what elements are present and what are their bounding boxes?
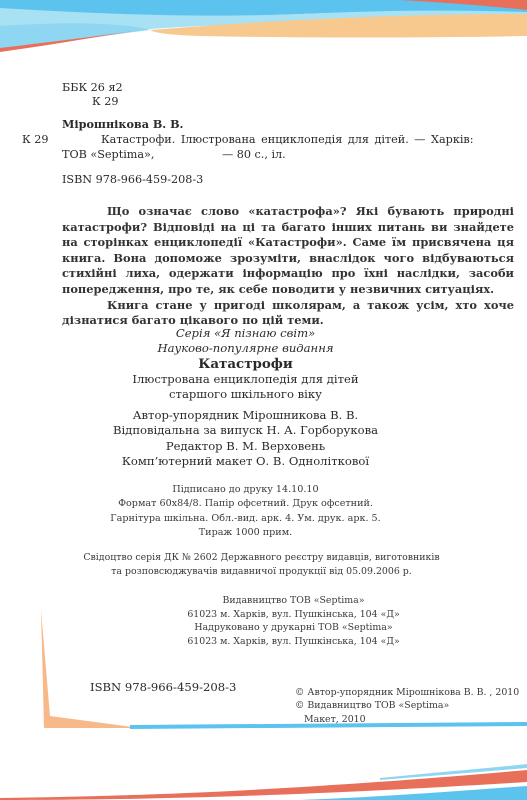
- certificate-line-2: та розповсюджувачів видавничої продукції…: [0, 565, 525, 579]
- copyright-author: © Автор-упорядник Мірошнікова В. В. , 20…: [295, 686, 519, 699]
- footer-isbn: ISBN 978-966-459-208-3: [90, 680, 236, 695]
- publisher-name: Видавництво ТОВ «Septima»: [30, 594, 527, 608]
- catalog-title-line: Катастрофи. Ілюстрована енциклопедія для…: [101, 132, 474, 147]
- annotation-paragraph-1: Що означає слово «катастрофа»? Які буваю…: [62, 204, 514, 298]
- certificate-line-1: Свідоцтво серія ДК № 2602 Державного реє…: [0, 551, 525, 565]
- print-typeface: Гарнітура шкільна. Обл.-вид. арк. 4. Ум.…: [0, 512, 509, 526]
- catalog-publisher-line: ТОВ «Septima»,: [62, 147, 154, 162]
- credits-block: Автор-упорядник Мірошникова В. В. Відпов…: [0, 408, 509, 469]
- printer-name: Надруковано у друкарні ТОВ «Septima»: [30, 621, 527, 635]
- credit-compiler: Автор-упорядник Мірошникова В. В.: [0, 408, 509, 423]
- copyright-publisher: © Видавництво ТОВ «Septima»: [295, 699, 519, 712]
- bbk-sub: К 29: [92, 94, 118, 109]
- annotation-paragraph-2: Книга стане у пригоді школярам, а також …: [62, 298, 514, 329]
- catalog-isbn: ISBN 978-966-459-208-3: [62, 172, 203, 187]
- copyright-block: © Автор-упорядник Мірошнікова В. В. , 20…: [295, 686, 519, 726]
- edition-block: Серія «Я пізнаю світ» Науково-популярне …: [0, 326, 509, 402]
- copyright-layout: Макет, 2010: [295, 713, 519, 726]
- publisher-address: 61023 м. Харків, вул. Пушкінська, 104 «Д…: [30, 608, 527, 622]
- print-info-block: Підписано до друку 14.10.10 Формат 60х84…: [0, 483, 509, 541]
- catalog-pages: — 80 с., іл.: [222, 147, 286, 162]
- book-subtitle-1: Ілюстрована енциклопедія для дітей: [0, 372, 509, 387]
- bbk-code: ББК 26 я2: [62, 80, 123, 95]
- credit-responsible: Відповідальна за випуск Н. А. Горборуков…: [0, 423, 509, 438]
- credit-layout: Комп’ютерний макет О. В. Одноліткової: [0, 454, 509, 469]
- annotation: Що означає слово «катастрофа»? Які буваю…: [62, 204, 514, 329]
- print-signed: Підписано до друку 14.10.10: [0, 483, 509, 497]
- book-subtitle-2: старшого шкільного віку: [0, 387, 509, 402]
- print-run: Тираж 1000 прим.: [0, 526, 509, 540]
- publisher-block: Видавництво ТОВ «Septima» 61023 м. Харкі…: [30, 594, 527, 648]
- book-title: Катастрофи: [0, 356, 509, 372]
- series-name: Серія «Я пізнаю світ»: [0, 326, 509, 341]
- catalog-author: Мірошнікова В. В.: [62, 117, 183, 132]
- edition-genre: Науково-популярне видання: [0, 341, 509, 356]
- credit-editor: Редактор В. М. Верховень: [0, 439, 509, 454]
- print-format: Формат 60х84/8. Папір офсетний. Друк офс…: [0, 497, 509, 511]
- catalog-index: К 29: [22, 132, 48, 147]
- printer-address: 61023 м. Харків, вул. Пушкінська, 104 «Д…: [30, 635, 527, 649]
- certificate-block: Свідоцтво серія ДК № 2602 Державного реє…: [0, 551, 525, 579]
